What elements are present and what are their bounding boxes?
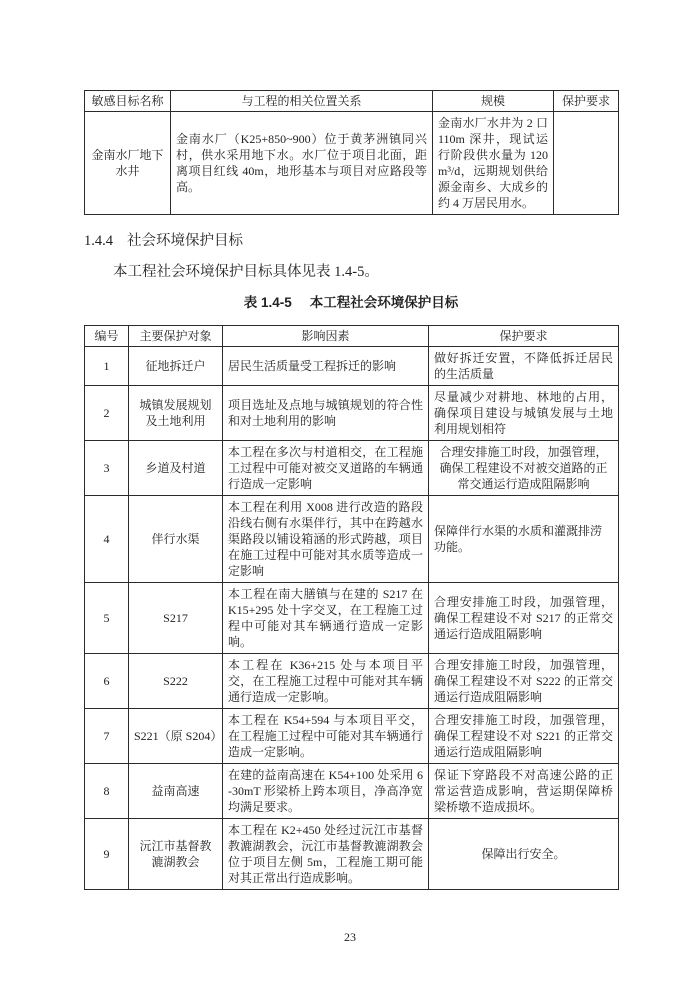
col-header-relation: 与工程的相关位置关系 <box>171 91 433 112</box>
cell-requirement: 合理安排施工时段，加强管理，确保工程建设不对 S221 的正常交通运行造成阻隔影… <box>429 709 619 764</box>
table-caption-label: 表 1.4-5 <box>244 295 292 310</box>
intro-paragraph: 本工程社会环境保护目标具体见表 1.4-5。 <box>84 262 618 282</box>
cell-requirement: 合理安排施工时段，加强管理，确保工程建设不对 S217 的正常交通运行造成阻隔影… <box>429 583 619 654</box>
cell-target: 乡道及村道 <box>129 441 223 496</box>
cell-num: 1 <box>85 347 129 386</box>
table-row: 1 征地拆迁户 居民生活质量受工程拆迁的影响 做好拆迁安置，不降低拆迁居民的生活… <box>85 347 619 386</box>
document-page: 敏感目标名称 与工程的相关位置关系 规模 保护要求 金南水厂地下水井 金南水厂（… <box>0 0 700 989</box>
page-content: 敏感目标名称 与工程的相关位置关系 规模 保护要求 金南水厂地下水井 金南水厂（… <box>84 90 618 890</box>
cell-factor: 本工程在 K2+450 处经过沅江市基督教漉湖教会，沅江市基督教漉湖教会位于项目… <box>223 819 429 890</box>
cell-relation: 金南水厂（K25+850~900）位于黄茅洲镇同兴村，供水采用地下水。水厂位于项… <box>171 112 433 215</box>
cell-requirement: 合理安排施工时段，加强管理，确保工程建设不对 S222 的正常交通运行造成阻隔影… <box>429 654 619 709</box>
cell-num: 2 <box>85 386 129 441</box>
social-env-protection-table: 编号 主要保护对象 影响因素 保护要求 1 征地拆迁户 居民生活质量受工程拆迁的… <box>84 325 619 890</box>
col-header-num: 编号 <box>85 326 129 347</box>
col-header-sensitive-name: 敏感目标名称 <box>85 91 171 112</box>
cell-factor: 居民生活质量受工程拆迁的影响 <box>223 347 429 386</box>
table-row: 5 S217 本工程在南大膳镇与在建的 S217 在 K15+295 处十字交叉… <box>85 583 619 654</box>
cell-target: S222 <box>129 654 223 709</box>
cell-target: 沅江市基督教漉湖教会 <box>129 819 223 890</box>
table-row: 4 伴行水渠 本工程在利用 X008 进行改造的路段沿线右侧有水渠伴行，其中在跨… <box>85 496 619 583</box>
table-header-row: 敏感目标名称 与工程的相关位置关系 规模 保护要求 <box>85 91 619 112</box>
section-title: 社会环境保护目标 <box>127 233 243 249</box>
col-header-target: 主要保护对象 <box>129 326 223 347</box>
cell-sensitive-name: 金南水厂地下水井 <box>85 112 171 215</box>
table-row: 3 乡道及村道 本工程在多次与村道相交，在工程施工过程中可能对被交叉道路的车辆通… <box>85 441 619 496</box>
cell-num: 4 <box>85 496 129 583</box>
cell-target: 益南高速 <box>129 764 223 819</box>
cell-requirement <box>554 112 619 215</box>
sensitive-target-table: 敏感目标名称 与工程的相关位置关系 规模 保护要求 金南水厂地下水井 金南水厂（… <box>84 90 619 215</box>
cell-requirement: 做好拆迁安置，不降低拆迁居民的生活质量 <box>429 347 619 386</box>
cell-target: S217 <box>129 583 223 654</box>
section-number: 1.4.4 <box>84 233 113 249</box>
page-number: 23 <box>0 930 700 945</box>
col-header-scale: 规模 <box>433 91 554 112</box>
cell-factor: 本工程在 K54+594 与本项目平交，在工程施工过程中可能对其车辆通行造成一定… <box>223 709 429 764</box>
table-caption-title: 本工程社会环境保护目标 <box>310 295 459 310</box>
table-row: 2 城镇发展规划及土地利用 项目选址及点地与城镇规划的符合性和对土地利用的影响 … <box>85 386 619 441</box>
cell-target: 征地拆迁户 <box>129 347 223 386</box>
cell-requirement: 保证下穿路段不对高速公路的正常运营造成影响，营运期保障桥梁桥墩不造成损坏。 <box>429 764 619 819</box>
cell-requirement: 合理安排施工时段，加强管理，确保工程建设不对被交道路的正常交通运行造成阻隔影响 <box>429 441 619 496</box>
cell-target: 伴行水渠 <box>129 496 223 583</box>
cell-factor: 本工程在利用 X008 进行改造的路段沿线右侧有水渠伴行，其中在跨越水渠路段以铺… <box>223 496 429 583</box>
cell-requirement: 尽量减少对耕地、林地的占用，确保项目建设与城镇发展与土地利用规划相符 <box>429 386 619 441</box>
table-row: 9 沅江市基督教漉湖教会 本工程在 K2+450 处经过沅江市基督教漉湖教会，沅… <box>85 819 619 890</box>
table-row: 7 S221（原 S204） 本工程在 K54+594 与本项目平交，在工程施工… <box>85 709 619 764</box>
cell-factor: 项目选址及点地与城镇规划的符合性和对土地利用的影响 <box>223 386 429 441</box>
cell-factor: 在建的益南高速在 K54+100 处采用 6-30mT 形梁桥上跨本项目，净高净… <box>223 764 429 819</box>
table-caption: 表 1.4-5本工程社会环境保护目标 <box>84 294 618 312</box>
cell-num: 3 <box>85 441 129 496</box>
table-row: 金南水厂地下水井 金南水厂（K25+850~900）位于黄茅洲镇同兴村，供水采用… <box>85 112 619 215</box>
cell-target: S221（原 S204） <box>129 709 223 764</box>
section-heading: 1.4.4社会环境保护目标 <box>84 231 618 251</box>
table-header-row: 编号 主要保护对象 影响因素 保护要求 <box>85 326 619 347</box>
cell-factor: 本工程在多次与村道相交，在工程施工过程中可能对被交叉道路的车辆通行造成一定影响 <box>223 441 429 496</box>
cell-num: 8 <box>85 764 129 819</box>
cell-num: 5 <box>85 583 129 654</box>
cell-requirement: 保障伴行水渠的水质和灌溉排涝功能。 <box>429 496 619 583</box>
cell-num: 7 <box>85 709 129 764</box>
table-row: 6 S222 本工程在 K36+215 处与本项目平交，在工程施工过程中可能对其… <box>85 654 619 709</box>
cell-factor: 本工程在 K36+215 处与本项目平交，在工程施工过程中可能对其车辆通行造成一… <box>223 654 429 709</box>
cell-target: 城镇发展规划及土地利用 <box>129 386 223 441</box>
cell-factor: 本工程在南大膳镇与在建的 S217 在 K15+295 处十字交叉，在工程施工过… <box>223 583 429 654</box>
cell-scale: 金南水厂水井为 2 口 110m 深井，现试运行阶段供水量为 120m³/d，远… <box>433 112 554 215</box>
cell-requirement: 保障出行安全。 <box>429 819 619 890</box>
cell-num: 6 <box>85 654 129 709</box>
table-row: 8 益南高速 在建的益南高速在 K54+100 处采用 6-30mT 形梁桥上跨… <box>85 764 619 819</box>
col-header-requirement: 保护要求 <box>554 91 619 112</box>
cell-num: 9 <box>85 819 129 890</box>
col-header-requirement: 保护要求 <box>429 326 619 347</box>
col-header-factor: 影响因素 <box>223 326 429 347</box>
